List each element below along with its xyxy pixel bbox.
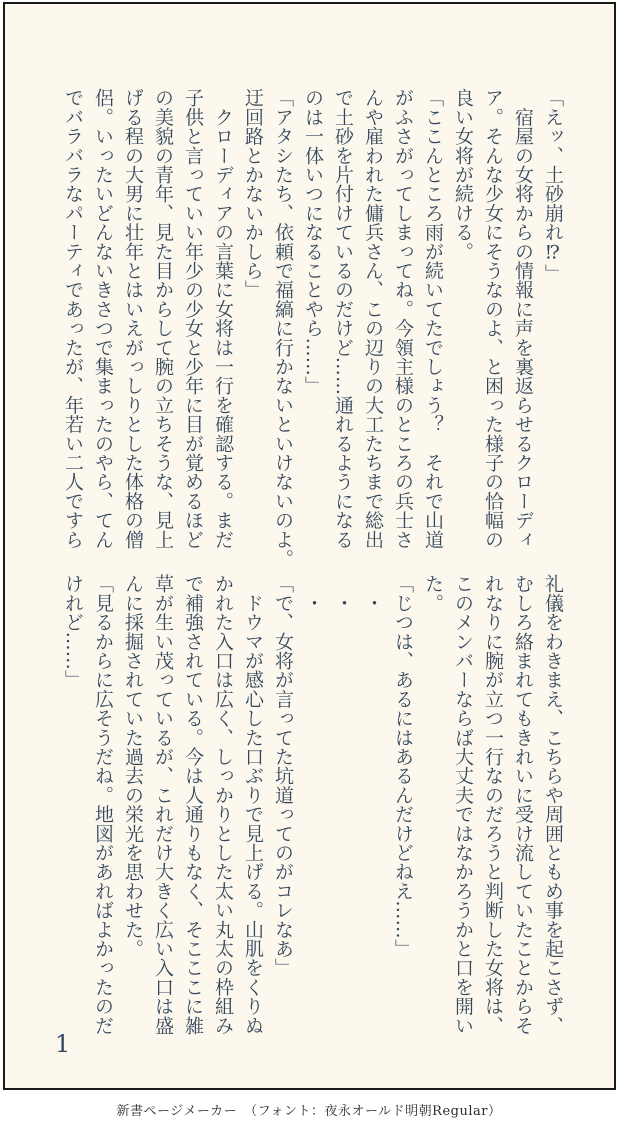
text-line: 「で、女将が言ってた坑道ってのがコレなあ」 xyxy=(268,574,298,1038)
text-line: けれど……」 xyxy=(58,574,88,1038)
text-line: 宿屋の女将からの情報に声を裏返らせるクローディ xyxy=(508,88,538,552)
text-line: 「えッ、土砂崩れ⁉」 xyxy=(538,88,568,552)
book-page: 「えッ、土砂崩れ⁉」 宿屋の女将からの情報に声を裏返らせるクローディア。そんな少… xyxy=(3,2,616,1090)
text-block-bottom: 礼儀をわきまえ、こちらや周囲ともめ事を起こさず、むしろ絡まれてもきれいに受け流し… xyxy=(58,574,568,1038)
text-line: 子供と言っていい年少の少女と少年に目が覚めるほど xyxy=(178,88,208,552)
text-line: かれた入口は広く、しっかりとした太い丸太の枠組み xyxy=(208,574,238,1038)
text-line: で補強されている。今は人通りもなく、そこここに雑 xyxy=(178,574,208,1038)
text-line: 「じつは、あるにはあるんだけどねえ……」 xyxy=(388,574,418,1038)
text-line: クローディアの言葉に女将は一行を確認する。まだ xyxy=(208,88,238,552)
text-line: れなりに腕が立つ一行なのだろうと判断した女将は、 xyxy=(478,574,508,1038)
text-line: 「アタシたち、依頼で福縞に行かないといけないのよ。 xyxy=(268,88,298,552)
text-line: の美貌の青年、見た目からして腕の立ちそうな、見上 xyxy=(148,88,178,552)
text-line: がふさがってしまってね。今領主様のところの兵士さ xyxy=(388,88,418,552)
text-line: このメンバーならば大丈夫ではなかろうかと口を開い xyxy=(448,574,478,1038)
text-line: 「ここんところ雨が続いてたでしょう？ それで山道 xyxy=(418,88,448,552)
text-line: 迂回路とかないかしら」 xyxy=(238,88,268,552)
text-line: げる程の大男に壮年とはいえがっしりとした体格の僧 xyxy=(118,88,148,552)
text-line: ・ xyxy=(298,574,328,1038)
text-line: でバラバラなパーティであったが、年若い二人ですら xyxy=(58,88,88,552)
text-line: ・ xyxy=(358,574,388,1038)
text-line: むしろ絡まれてもきれいに受け流していたことからそ xyxy=(508,574,538,1038)
text-line: ドウマが感心した口ぶりで見上げる。山肌をくりぬ xyxy=(238,574,268,1038)
text-line: んや雇われた傭兵さん、この辺りの大工たちまで総出 xyxy=(358,88,388,552)
text-line: のは一体いつになることやら……」 xyxy=(298,88,328,552)
page-number: 1 xyxy=(55,1030,70,1058)
text-line: んに採掘されていた過去の栄光を思わせた。 xyxy=(118,574,148,1038)
text-line: 「見るからに広そうだね。地図があればよかったのだ xyxy=(88,574,118,1038)
text-line: 礼儀をわきまえ、こちらや周囲ともめ事を起こさず、 xyxy=(538,574,568,1038)
text-line: ア。そんな少女にそうなのよ、と困った様子の恰幅の xyxy=(478,88,508,552)
footer-caption: 新書ページメーカー （フォント：夜永オールド明朝Regular） xyxy=(0,1100,618,1119)
text-block-top: 「えッ、土砂崩れ⁉」 宿屋の女将からの情報に声を裏返らせるクローディア。そんな少… xyxy=(58,88,568,552)
text-line: で土砂を片付けているのだけど……通れるようになる xyxy=(328,88,358,552)
text-line: た。 xyxy=(418,574,448,1038)
text-line: 良い女将が続ける。 xyxy=(448,88,478,552)
text-line: ・ xyxy=(328,574,358,1038)
text-line: 侶。いったいどんないきさつで集まったのやら、てん xyxy=(88,88,118,552)
text-line: 草が生い茂っているが、これだけ大きく広い入口は盛 xyxy=(148,574,178,1038)
